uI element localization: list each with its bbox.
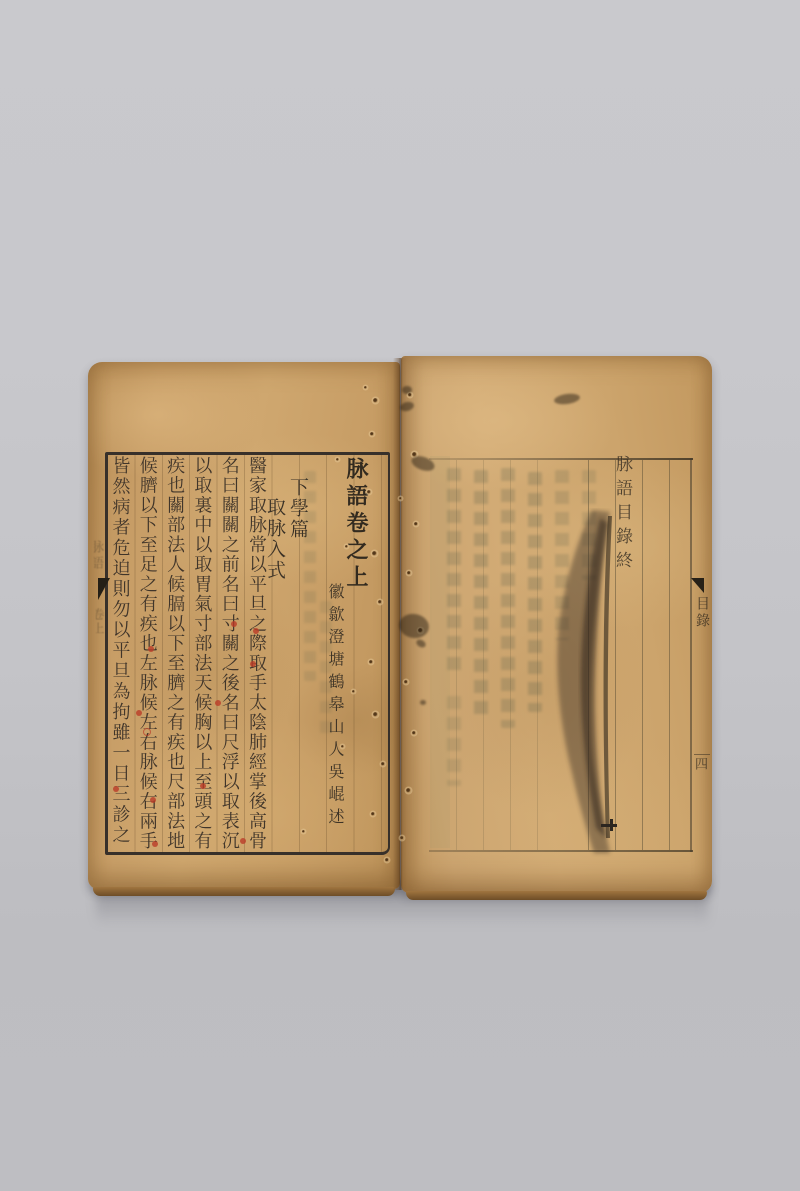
wormhole bbox=[341, 745, 344, 748]
ink-stain bbox=[402, 386, 412, 394]
wormhole bbox=[381, 762, 385, 766]
red-reading-mark bbox=[152, 841, 158, 847]
wormhole bbox=[352, 690, 355, 693]
red-reading-mark bbox=[240, 838, 246, 844]
ink-mark-t-stem bbox=[610, 819, 613, 831]
wormhole bbox=[372, 551, 377, 556]
book-title: 脉語卷之上 bbox=[341, 457, 372, 592]
wormhole bbox=[407, 571, 411, 575]
wormhole bbox=[369, 660, 373, 664]
red-reading-mark bbox=[136, 710, 142, 716]
photo-surface: 脉語 卷上 脉語卷之上 徽歙澄塘鶴皋山人吳崐述 下學篇 取脉入式 醫家取脉常以平… bbox=[0, 0, 800, 1191]
red-reading-mark bbox=[150, 797, 156, 803]
wormhole bbox=[364, 386, 367, 389]
red-reading-mark bbox=[148, 646, 154, 652]
wormhole bbox=[404, 680, 408, 684]
show-through-column bbox=[447, 696, 461, 786]
right-fold-edge-label: 目錄 bbox=[693, 596, 711, 630]
right-page: 脉語目錄終 目錄 四 bbox=[401, 356, 712, 893]
text-frame: 脉語卷之上 徽歙澄塘鶴皋山人吳崐述 下學篇 取脉入式 醫家取脉常以平旦之際取手太… bbox=[105, 452, 390, 855]
wormhole bbox=[406, 788, 411, 793]
wormhole bbox=[370, 432, 374, 436]
red-reading-mark bbox=[250, 661, 256, 667]
body-column-4: 疾也關部法人候膈以下至臍之有疾也尺部法地 bbox=[162, 456, 188, 851]
red-reading-mark bbox=[215, 700, 221, 706]
wormhole bbox=[302, 830, 305, 833]
wormhole bbox=[385, 858, 389, 862]
red-reading-mark bbox=[113, 786, 119, 792]
wormhole bbox=[367, 490, 371, 494]
show-through-column bbox=[320, 601, 332, 741]
show-through-column bbox=[528, 472, 542, 712]
ink-mark-t bbox=[601, 824, 617, 827]
right-fold-edge-page-number: 四 bbox=[694, 754, 710, 770]
red-reading-mark bbox=[231, 621, 237, 627]
red-reading-mark bbox=[143, 728, 151, 736]
wormhole bbox=[373, 398, 378, 403]
left-page: 脉語 卷上 脉語卷之上 徽歙澄塘鶴皋山人吳崐述 下學篇 取脉入式 醫家取脉常以平… bbox=[88, 362, 400, 889]
wormhole bbox=[373, 712, 378, 717]
body-column-3: 以取裏中以取胃氣寸部法天候胸以上至頭之有 bbox=[189, 456, 215, 851]
show-through-column bbox=[447, 468, 461, 678]
red-reading-mark bbox=[253, 628, 259, 634]
wormhole bbox=[412, 731, 416, 735]
red-reading-mark bbox=[200, 783, 206, 789]
wormhole bbox=[336, 458, 339, 461]
wormhole bbox=[400, 836, 404, 840]
right-page-stack-edge bbox=[406, 891, 707, 900]
wormhole bbox=[345, 545, 348, 548]
wormhole bbox=[414, 522, 418, 526]
wormhole bbox=[378, 600, 382, 604]
body-column-2: 名曰關關之前名曰寸關之後名曰尺浮以取表沉 bbox=[217, 456, 243, 851]
body-column-6: 皆然病者危迫則勿以平旦為拘雖一日三診之 bbox=[108, 456, 134, 846]
body-column-5: 候臍以下至足之有疾也左脉候左右脉候右兩手 bbox=[135, 456, 161, 851]
show-through-column bbox=[501, 468, 515, 728]
left-page-stack-edge bbox=[93, 887, 395, 896]
wormhole bbox=[399, 497, 402, 500]
show-through-column bbox=[474, 470, 488, 720]
ink-smudge bbox=[548, 508, 620, 858]
fishtail-mark bbox=[691, 578, 704, 593]
ink-stain bbox=[420, 700, 426, 705]
wormhole bbox=[371, 812, 375, 816]
body-column-1: 醫家取脉常以平旦之際取手太陰肺經掌後高骨 bbox=[244, 456, 270, 851]
fishtail-mark bbox=[98, 578, 110, 600]
show-through-column bbox=[304, 471, 316, 681]
